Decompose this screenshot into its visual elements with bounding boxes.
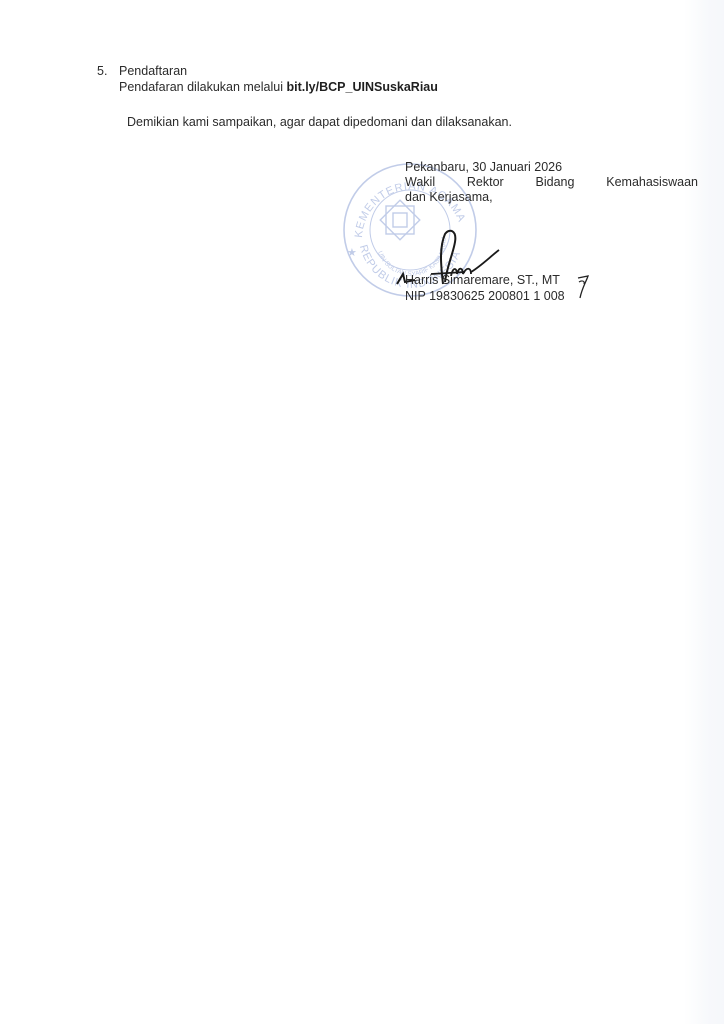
place-date: Pekanbaru, 30 Januari 2026 <box>405 160 700 175</box>
section-number: 5. <box>97 64 107 79</box>
registration-link[interactable]: bit.ly/BCP_UINSuskaRiau <box>286 80 437 94</box>
position-line-1: Wakil Rektor Bidang Kemahasiswaan <box>405 175 698 190</box>
svg-text:★: ★ <box>347 247 357 259</box>
scan-page-edge <box>684 0 724 1024</box>
position-word: Kemahasiswaan <box>606 175 698 190</box>
position-line-2: dan Kerjasama, <box>405 190 700 205</box>
section-title: Pendaftaran <box>119 64 187 79</box>
signature-block: Pekanbaru, 30 Januari 2026 Wakil Rektor … <box>405 160 700 205</box>
description-text: Pendafaran dilakukan melalui <box>119 80 286 94</box>
position-word: Wakil <box>405 175 435 190</box>
signer-nip: NIP 19830625 200801 1 008 <box>405 289 565 304</box>
initial-mark-icon <box>576 274 590 300</box>
position-word: Rektor <box>467 175 504 190</box>
signer-name: Harris Simaremare, ST., MT <box>405 273 560 288</box>
closing-statement: Demikian kami sampaikan, agar dapat dipe… <box>127 115 512 130</box>
section-description: Pendafaran dilakukan melalui bit.ly/BCP_… <box>119 80 438 95</box>
position-word: Bidang <box>536 175 575 190</box>
